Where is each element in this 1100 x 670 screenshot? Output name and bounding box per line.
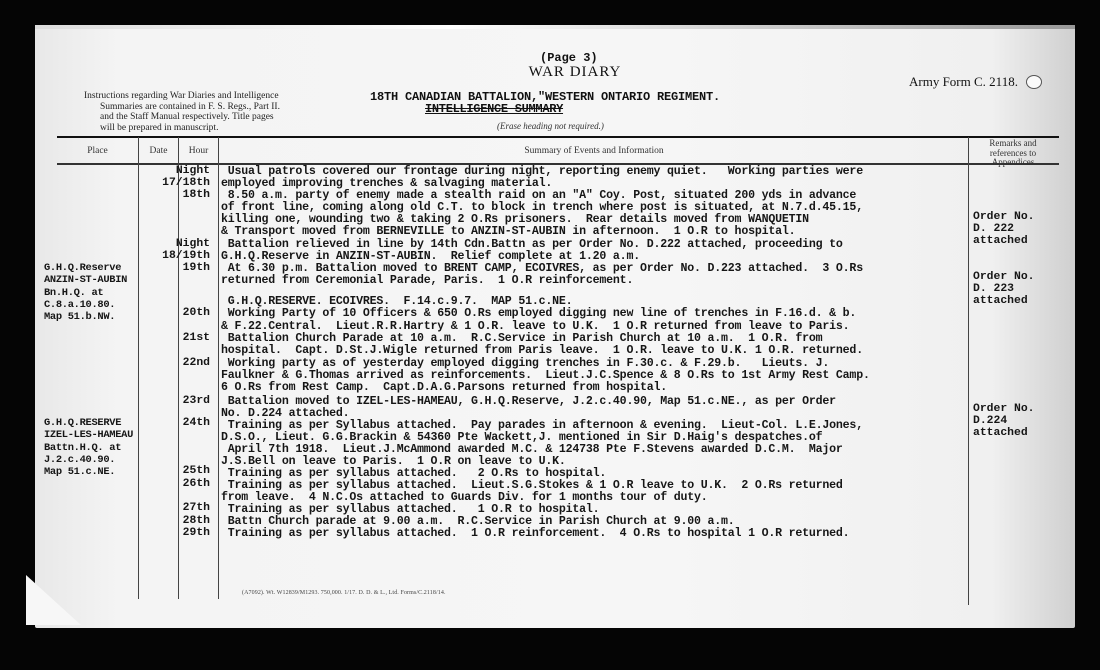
column-divider-summary-remarks <box>968 137 969 605</box>
place-line: J.2.c.40.90. <box>44 454 115 466</box>
date-entry: 18th <box>140 189 210 201</box>
struck-heading: INTELLIGENCE SUMMARY <box>425 102 563 116</box>
remark-line: Order No. <box>973 211 1035 223</box>
remark-line: Order No. <box>973 403 1035 415</box>
document-title: WAR DIARY <box>470 64 680 81</box>
summary-line: 6 O.Rs from Rest Camp. Capt.D.A.G.Parson… <box>221 381 667 394</box>
date-entry: 18/19th <box>140 250 210 262</box>
place-line: Map 51.b.NW. <box>44 311 115 323</box>
instructions-line: and the Staff Manual respectively. Title… <box>84 112 334 123</box>
place-line: ANZIN-ST-AUBIN <box>44 274 127 286</box>
folded-corner <box>26 575 81 625</box>
place-line: G.H.Q.Reserve <box>44 262 121 274</box>
date-entry: 25th <box>140 465 210 477</box>
date-entry: 20th <box>140 307 210 319</box>
remark-line: D. 223 <box>973 283 1014 295</box>
date-entry: 22nd <box>140 357 210 369</box>
remark-line: attached <box>973 235 1028 247</box>
remarks-header-line: Appendices <box>970 158 1056 168</box>
column-header-hour: Hour <box>180 146 217 156</box>
column-divider-hour-summary <box>218 137 219 599</box>
page-number: (Page 3) <box>540 51 598 65</box>
printer-imprint: (A7092). Wt. W12839/M1293. 750,000. 1/17… <box>242 590 446 596</box>
date-entry: 17/18th <box>140 177 210 189</box>
column-header-remarks: Remarks and references to Appendices <box>970 139 1056 168</box>
place-line: Map 51.c.NE. <box>44 466 115 478</box>
date-entry: 26th <box>140 478 210 490</box>
remark-line: Order No. <box>973 271 1035 283</box>
date-entry: 28th <box>140 515 210 527</box>
remark-line: attached <box>973 427 1028 439</box>
instructions-line: Instructions regarding War Diaries and I… <box>84 91 334 102</box>
remark-line: D.224 <box>973 415 1007 427</box>
table-top-rule <box>57 136 1059 138</box>
army-form-number: Army Form C. 2118. <box>909 74 1018 90</box>
place-line: Battn.H.Q. at <box>44 442 121 454</box>
date-entry: 19th <box>140 262 210 274</box>
page-top-edge <box>35 25 1075 29</box>
date-entry: 23rd <box>140 395 210 407</box>
erase-note: (Erase heading not required.) <box>497 121 604 131</box>
form-instructions: Instructions regarding War Diaries and I… <box>84 91 334 133</box>
summary-line: hospital. Capt. D.St.J.Wigle returned fr… <box>221 344 863 357</box>
punch-hole-icon <box>1026 75 1042 89</box>
column-header-summary: Summary of Events and Information <box>220 146 968 156</box>
column-divider-place-date <box>138 137 139 599</box>
date-entry: 21st <box>140 332 210 344</box>
column-header-place: Place <box>60 146 135 156</box>
place-line: IZEL-LES-HAMEAU <box>44 429 133 441</box>
summary-line: Working Party of 10 Officers & 650 O.Rs … <box>221 307 856 320</box>
place-line: G.H.Q.RESERVE <box>44 417 121 429</box>
date-entry: 29th <box>140 527 210 539</box>
place-line: Bn.H.Q. at <box>44 287 103 299</box>
instructions-line: Summaries are contained in F. S. Regs., … <box>84 102 334 113</box>
place-line: C.8.a.10.80. <box>44 299 115 311</box>
summary-line: & Transport moved from BERNEVILLE to ANZ… <box>221 225 795 238</box>
summary-line: returned from Ceremonial Parade, Paris. … <box>221 274 633 287</box>
summary-line: Training as per syllabus attached. 1 O.R… <box>221 527 849 540</box>
remark-line: attached <box>973 295 1028 307</box>
instructions-line: will be prepared in manuscript. <box>84 123 334 134</box>
date-entry: 27th <box>140 502 210 514</box>
remark-line: D. 222 <box>973 223 1014 235</box>
column-header-date: Date <box>140 146 177 156</box>
date-entry: 24th <box>140 417 210 429</box>
date-entry: Night <box>140 238 210 250</box>
date-entry: Night <box>140 165 210 177</box>
